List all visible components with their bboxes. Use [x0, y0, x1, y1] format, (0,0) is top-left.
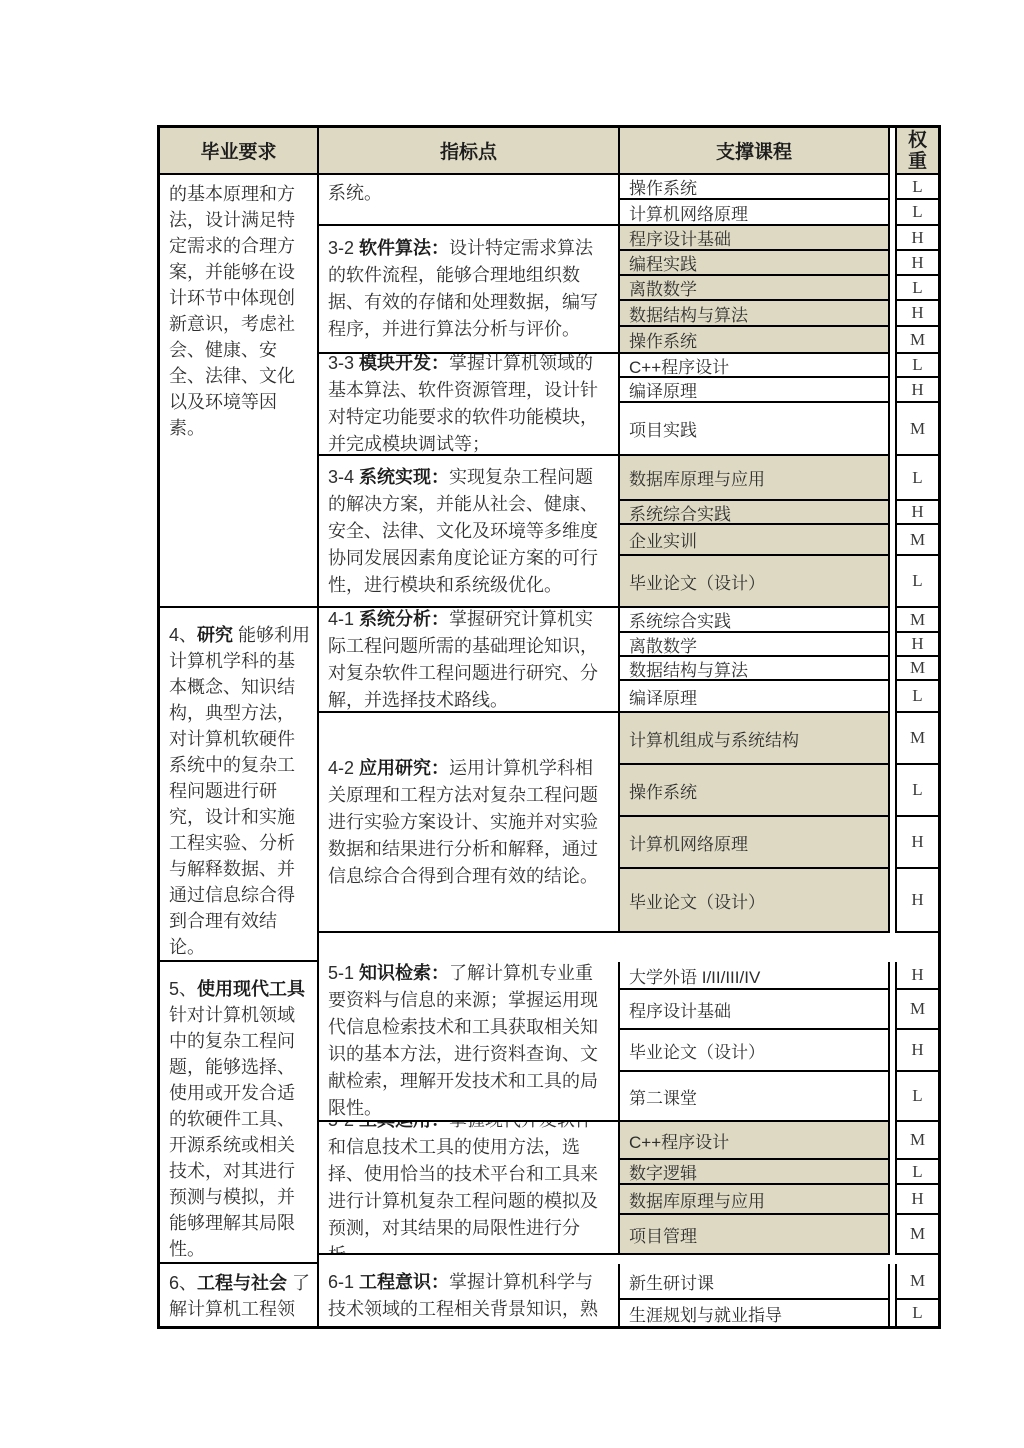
indicator-cell: 3-3 模块开发：掌握计算机领域的基本算法、软件资源管理，设计针对特定功能要求的…	[319, 354, 620, 456]
section-requirement-4: 4、研究 能够利用计算机学科的基本概念、知识结构，典型方法，对计算机软硬件系统中…	[160, 608, 938, 962]
course-name-cell: 计算机组成与系统结构	[620, 713, 890, 765]
indicator-group-3-3: 3-3 模块开发：掌握计算机领域的基本算法、软件资源管理，设计针对特定功能要求的…	[319, 354, 938, 456]
weight-cell: L	[895, 175, 938, 200]
indicator-group-4-1: 4-1 系统分析：掌握研究计算机实际工程问题所需的基础理论知识，对复杂软件工程问…	[319, 608, 938, 713]
requirements-matrix-table: 毕业要求 指标点 支撑课程 权重 的基本原理和方法，设计满足特定需求的合理方案，…	[157, 125, 941, 1329]
course-name-cell: 项目实践	[620, 403, 890, 456]
course-name-cell: 编程实践	[620, 251, 890, 276]
course-row: 编译原理H	[620, 378, 938, 403]
course-name-cell: 编译原理	[620, 378, 890, 403]
requirement-desc: 针对计算机领域中的复杂工程问题，能够选择、使用或开发合适的软硬件工具、开源系统或…	[169, 1005, 295, 1259]
course-name-cell: 第二课堂	[620, 1072, 890, 1122]
course-row: 企业实训M	[620, 525, 938, 556]
weight-cell: M	[895, 1215, 938, 1255]
course-row: 大学外语 I/II/III/IVH	[620, 962, 938, 990]
header-cell-indicator: 指标点	[319, 128, 620, 175]
indicator-cell: 4-1 系统分析：掌握研究计算机实际工程问题所需的基础理论知识，对复杂软件工程问…	[319, 608, 620, 713]
header-cell-course: 支撑课程	[620, 128, 890, 175]
weight-cell: H	[895, 251, 938, 276]
requirement-desc: 的基本原理和方法，设计满足特定需求的合理方案，并能够在设计环节中体现创新意识，考…	[169, 184, 295, 438]
requirement-num: 6、	[169, 1273, 197, 1293]
indicator-group-5-2: 5-2 工具运用：掌握现代开发软件和信息技术工具的使用方法，选择、使用恰当的技术…	[319, 1122, 938, 1255]
course-name-cell: 离散数学	[620, 276, 890, 301]
weight-cell: L	[895, 556, 938, 608]
indicator-cell: 系统。	[319, 175, 620, 226]
course-row: 毕业论文（设计）L	[620, 556, 938, 608]
course-row: C++程序设计L	[620, 354, 938, 378]
weight-cell: H	[895, 869, 938, 933]
course-row: 新生研讨课M	[620, 1264, 938, 1300]
requirement-cell: 5、使用现代工具针对计算机领域中的复杂工程问题，能够选择、使用或开发合适的软硬件…	[160, 962, 319, 1264]
course-row: 离散数学L	[620, 276, 938, 301]
course-name-cell: 数据库原理与应用	[620, 456, 890, 501]
weight-cell: M	[895, 657, 938, 681]
indicator-group-3-4: 3-4 系统实现：实现复杂工程问题的解决方案，并能从社会、健康、安全、法律、文化…	[319, 456, 938, 608]
indicator-group-6-1: 6-1 工程意识：掌握计算机科学与技术领域的工程相关背景知识，熟悉计 新生研讨课…	[319, 1264, 938, 1326]
weight-cell: L	[895, 1072, 938, 1122]
course-row: C++程序设计M	[620, 1122, 938, 1160]
course-row: 系统综合实践M	[620, 608, 938, 633]
course-row: 编译原理L	[620, 681, 938, 713]
header-cell-weight: 权重	[895, 128, 938, 175]
course-name-cell: 项目管理	[620, 1215, 890, 1255]
weight-cell: M	[895, 608, 938, 633]
weight-cell: L	[895, 1300, 938, 1326]
course-name-cell: 计算机网络原理	[620, 817, 890, 869]
course-row: 第二课堂L	[620, 1072, 938, 1122]
requirement-term: 研究	[197, 625, 233, 645]
course-row: 项目管理M	[620, 1215, 938, 1255]
header-cell-requirement: 毕业要求	[160, 128, 319, 175]
indicator-cell: 3-2 软件算法：设计特定需求算法的软件流程，能够合理地组织数据、有效的存储和处…	[319, 226, 620, 354]
indicator-cell: 4-2 应用研究：运用计算机学科相关原理和工程方法对复杂工程问题进行实验方案设计…	[319, 713, 620, 933]
course-name-cell: C++程序设计	[620, 354, 890, 378]
course-row: 数字逻辑L	[620, 1160, 938, 1185]
section-requirement-3: 的基本原理和方法，设计满足特定需求的合理方案，并能够在设计环节中体现创新意识，考…	[160, 175, 938, 608]
section-requirement-5: 5、使用现代工具针对计算机领域中的复杂工程问题，能够选择、使用或开发合适的软硬件…	[160, 962, 938, 1264]
indicator-cell: 3-4 系统实现：实现复杂工程问题的解决方案，并能从社会、健康、安全、法律、文化…	[319, 456, 620, 608]
course-row: 项目实践M	[620, 403, 938, 456]
weight-cell: M	[895, 990, 938, 1030]
indicator-group-3-2: 3-2 软件算法：设计特定需求算法的软件流程，能够合理地组织数据、有效的存储和处…	[319, 226, 938, 354]
course-name-cell: 操作系统	[620, 327, 890, 354]
course-row: 系统综合实践H	[620, 501, 938, 525]
weight-cell: H	[895, 1185, 938, 1215]
course-name-cell: 生涯规划与就业指导	[620, 1300, 890, 1326]
weight-cell: M	[895, 403, 938, 456]
weight-cell: H	[895, 301, 938, 327]
course-row: 操作系统M	[620, 327, 938, 354]
weight-cell: L	[895, 456, 938, 501]
course-name-cell: 操作系统	[620, 175, 890, 200]
weight-cell: H	[895, 817, 938, 869]
requirement-term: 工程与社会	[197, 1273, 287, 1293]
indicator-group-5-1: 5-1 知识检索：了解计算机专业重要资料与信息的来源；掌握运用现代信息检索技术和…	[319, 962, 938, 1122]
indicator-group-4-2: 4-2 应用研究：运用计算机学科相关原理和工程方法对复杂工程问题进行实验方案设计…	[319, 713, 938, 933]
course-name-cell: 大学外语 I/II/III/IV	[620, 962, 890, 990]
document-page: 毕业要求 指标点 支撑课程 权重 的基本原理和方法，设计满足特定需求的合理方案，…	[0, 0, 1024, 1448]
course-row: 操作系统L	[620, 765, 938, 817]
weight-cell: H	[895, 1030, 938, 1072]
course-name-cell: 程序设计基础	[620, 226, 890, 251]
requirement-num: 5、	[169, 979, 197, 999]
course-name-cell: 企业实训	[620, 525, 890, 556]
weight-cell: M	[895, 525, 938, 556]
course-name-cell: 程序设计基础	[620, 990, 890, 1030]
indicator-cell: 6-1 工程意识：掌握计算机科学与技术领域的工程相关背景知识，熟悉计	[319, 1264, 620, 1326]
course-row: 数据库原理与应用L	[620, 456, 938, 501]
course-name-cell: 新生研讨课	[620, 1264, 890, 1300]
weight-cell: L	[895, 200, 938, 226]
weight-cell: H	[895, 501, 938, 525]
course-name-cell: 毕业论文（设计）	[620, 556, 890, 608]
course-row: 程序设计基础H	[620, 226, 938, 251]
course-row: 毕业论文（设计）H	[620, 869, 938, 933]
weight-cell: M	[895, 1264, 938, 1300]
weight-cell: L	[895, 276, 938, 301]
course-row: 计算机网络原理L	[620, 200, 938, 226]
course-name-cell: 毕业论文（设计）	[620, 869, 890, 933]
table-header-row: 毕业要求 指标点 支撑课程 权重	[160, 128, 938, 175]
weight-cell: M	[895, 713, 938, 765]
course-name-cell: 操作系统	[620, 765, 890, 817]
course-name-cell: 系统综合实践	[620, 608, 890, 633]
weight-cell: L	[895, 1160, 938, 1185]
requirement-cell: 6、工程与社会 了解计算机工程领	[160, 1264, 319, 1326]
weight-cell: H	[895, 962, 938, 990]
course-row: 计算机网络原理H	[620, 817, 938, 869]
course-name-cell: 数据结构与算法	[620, 657, 890, 681]
section-requirement-6: 6、工程与社会 了解计算机工程领 6-1 工程意识：掌握计算机科学与技术领域的工…	[160, 1264, 938, 1326]
course-name-cell: 数据库原理与应用	[620, 1185, 890, 1215]
weight-cell: H	[895, 226, 938, 251]
indicator-cell: 5-2 工具运用：掌握现代开发软件和信息技术工具的使用方法，选择、使用恰当的技术…	[319, 1122, 620, 1255]
course-row: 毕业论文（设计）H	[620, 1030, 938, 1072]
indicator-group-3-1: 系统。 操作系统L 计算机网络原理L	[319, 175, 938, 226]
weight-cell: L	[895, 765, 938, 817]
course-name-cell: 数据结构与算法	[620, 301, 890, 327]
weight-cell: M	[895, 1122, 938, 1160]
weight-cell: H	[895, 633, 938, 657]
requirement-term: 使用现代工具	[197, 979, 305, 999]
weight-cell: L	[895, 354, 938, 378]
weight-cell: L	[895, 681, 938, 713]
course-name-cell: 数字逻辑	[620, 1160, 890, 1185]
course-row: 离散数学H	[620, 633, 938, 657]
weight-cell: M	[895, 327, 938, 354]
course-name-cell: 系统综合实践	[620, 501, 890, 525]
course-row: 生涯规划与就业指导L	[620, 1300, 938, 1326]
course-name-cell: 毕业论文（设计）	[620, 1030, 890, 1072]
course-name-cell: 编译原理	[620, 681, 890, 713]
requirement-desc: 能够利用计算机学科的基本概念、知识结构，典型方法，对计算机软硬件系统中的复杂工程…	[169, 625, 310, 957]
course-row: 数据结构与算法M	[620, 657, 938, 681]
course-row: 编程实践H	[620, 251, 938, 276]
course-row: 操作系统L	[620, 175, 938, 200]
requirement-num: 4、	[169, 625, 197, 645]
requirement-cell: 4、研究 能够利用计算机学科的基本概念、知识结构，典型方法，对计算机软硬件系统中…	[160, 608, 319, 962]
course-row: 数据库原理与应用H	[620, 1185, 938, 1215]
course-row: 数据结构与算法H	[620, 301, 938, 327]
course-row: 计算机组成与系统结构M	[620, 713, 938, 765]
course-row: 程序设计基础M	[620, 990, 938, 1030]
course-name-cell: C++程序设计	[620, 1122, 890, 1160]
course-name-cell: 离散数学	[620, 633, 890, 657]
requirement-cell: 的基本原理和方法，设计满足特定需求的合理方案，并能够在设计环节中体现创新意识，考…	[160, 175, 319, 608]
indicator-cell: 5-1 知识检索：了解计算机专业重要资料与信息的来源；掌握运用现代信息检索技术和…	[319, 962, 620, 1122]
weight-cell: H	[895, 378, 938, 403]
course-name-cell: 计算机网络原理	[620, 200, 890, 226]
